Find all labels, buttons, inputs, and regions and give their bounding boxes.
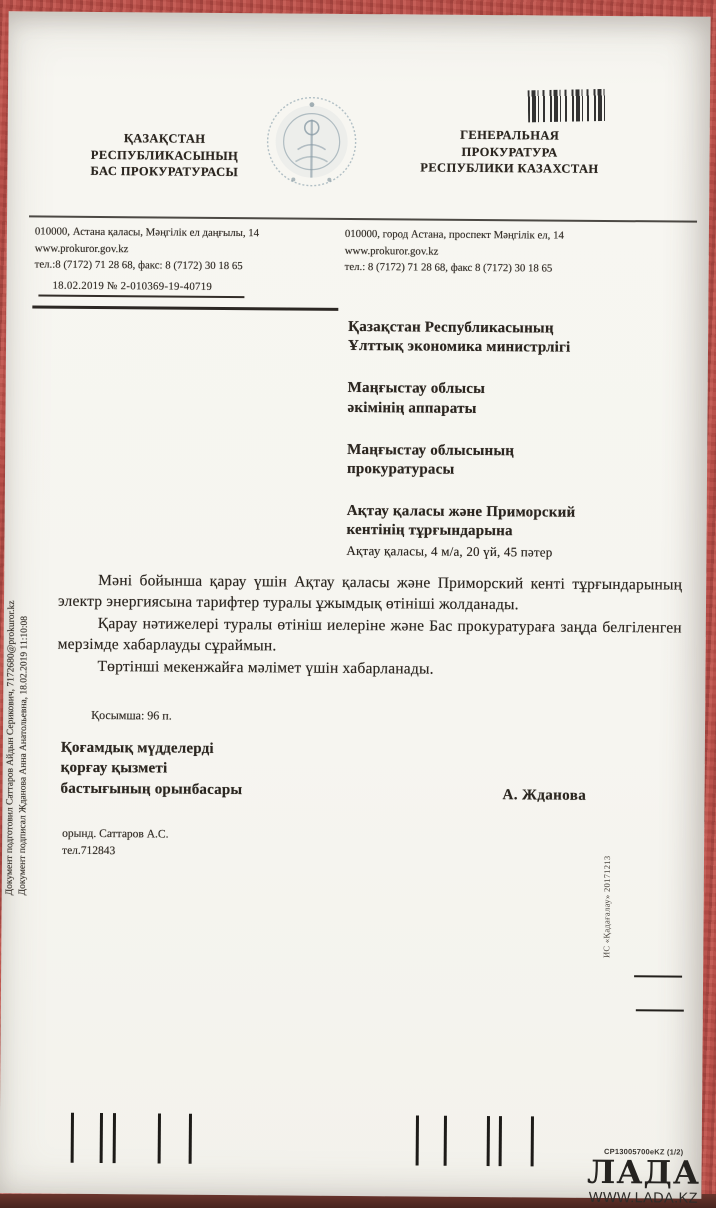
- recipient-residents-address: Ақтау қаласы, 4 м/а, 20 үй, 45 пәтер: [346, 542, 676, 561]
- registration-mark: [100, 1113, 104, 1163]
- registration-mark: [189, 1114, 193, 1164]
- registration-mark: [71, 1113, 75, 1163]
- body-paragraph-1: Мәні бойынша қарау үшін Ақтау қаласы жән…: [58, 570, 682, 618]
- registration-mark: [158, 1113, 162, 1163]
- margin-mark: [634, 975, 682, 978]
- ref-underline-heavy: [32, 305, 338, 310]
- org-name-russian: ГЕНЕРАЛЬНАЯ ПРОКУРАТУРА РЕСПУБЛИКИ КАЗАХ…: [399, 126, 619, 177]
- recipient-ministry: Қазақстан Республикасының Ұлттық экономи…: [348, 318, 678, 359]
- address-block-kazakh: 010000, Астана қаласы, Мәңгілік ел даңғы…: [35, 223, 340, 276]
- signer-name: А. Жданова: [502, 787, 586, 805]
- scanned-letter-page: Документ подготовил Саттаров Айдын Серик…: [0, 11, 711, 1198]
- recipient-block: Қазақстан Республикасының Ұлттық экономи…: [346, 318, 678, 561]
- registration-mark: [444, 1116, 448, 1166]
- body-paragraph-3: Төртінші мекенжайға мәлімет үшін хабарла…: [57, 655, 681, 681]
- recipient-akimat: Маңғыстау облысы әкімінің аппараты: [347, 379, 677, 420]
- registration-mark: [499, 1116, 503, 1166]
- recipient-prosecutor-office: Маңғыстау облысының прокуратурасы: [347, 441, 677, 482]
- ref-underline: [38, 295, 244, 298]
- address-block-russian: 010000, город Астана, проспект Мәңгілік …: [345, 226, 685, 279]
- date-and-ref-number: 18.02.2019 № 2-010369-19-40719: [52, 280, 352, 294]
- registration-mark: [416, 1115, 420, 1165]
- lada-url: WWW.LADA.KZ: [585, 1189, 701, 1206]
- signed-by-line: Документ подписал Жданова Анна Анатольев…: [16, 373, 33, 895]
- registration-mark: [487, 1116, 491, 1166]
- site-watermark: CP13005700eKZ (1/2) ЛАДА WWW.LADA.KZ: [585, 1147, 701, 1207]
- attachment-note: Қосымша: 96 п.: [91, 708, 172, 724]
- signer-position: Қоғамдық мүдделерді қорғау қызметі басты…: [60, 738, 360, 801]
- org-name-kazakh: ҚАЗАҚСТАН РЕСПУБЛИКАСЫНЫҢ БАС ПРОКУРАТУР…: [59, 130, 269, 181]
- letterhead-divider: [29, 215, 697, 223]
- registration-mark: [531, 1116, 535, 1166]
- body-paragraph-2: Қарау нәтижелері туралы өтініш иелеріне …: [58, 612, 682, 660]
- margin-mark: [636, 1009, 684, 1012]
- letter-body: Мәні бойынша қарау үшін Ақтау қаласы жән…: [57, 570, 682, 682]
- recipient-residents: Ақтау қаласы және Приморский кентінің тұ…: [347, 502, 677, 543]
- barcode-icon: [528, 89, 609, 122]
- is-system-label: ИС «Қадағалау» 20171213: [601, 824, 616, 958]
- lada-logo: ЛАДА: [585, 1156, 701, 1191]
- executor-contact: орынд. Саттаров А.С. тел.712843: [62, 826, 169, 861]
- registration-mark: [113, 1113, 117, 1163]
- state-emblem-seal-icon: [263, 89, 360, 194]
- document-esign-metadata: Документ подготовил Саттаров Айдын Серик…: [4, 373, 34, 895]
